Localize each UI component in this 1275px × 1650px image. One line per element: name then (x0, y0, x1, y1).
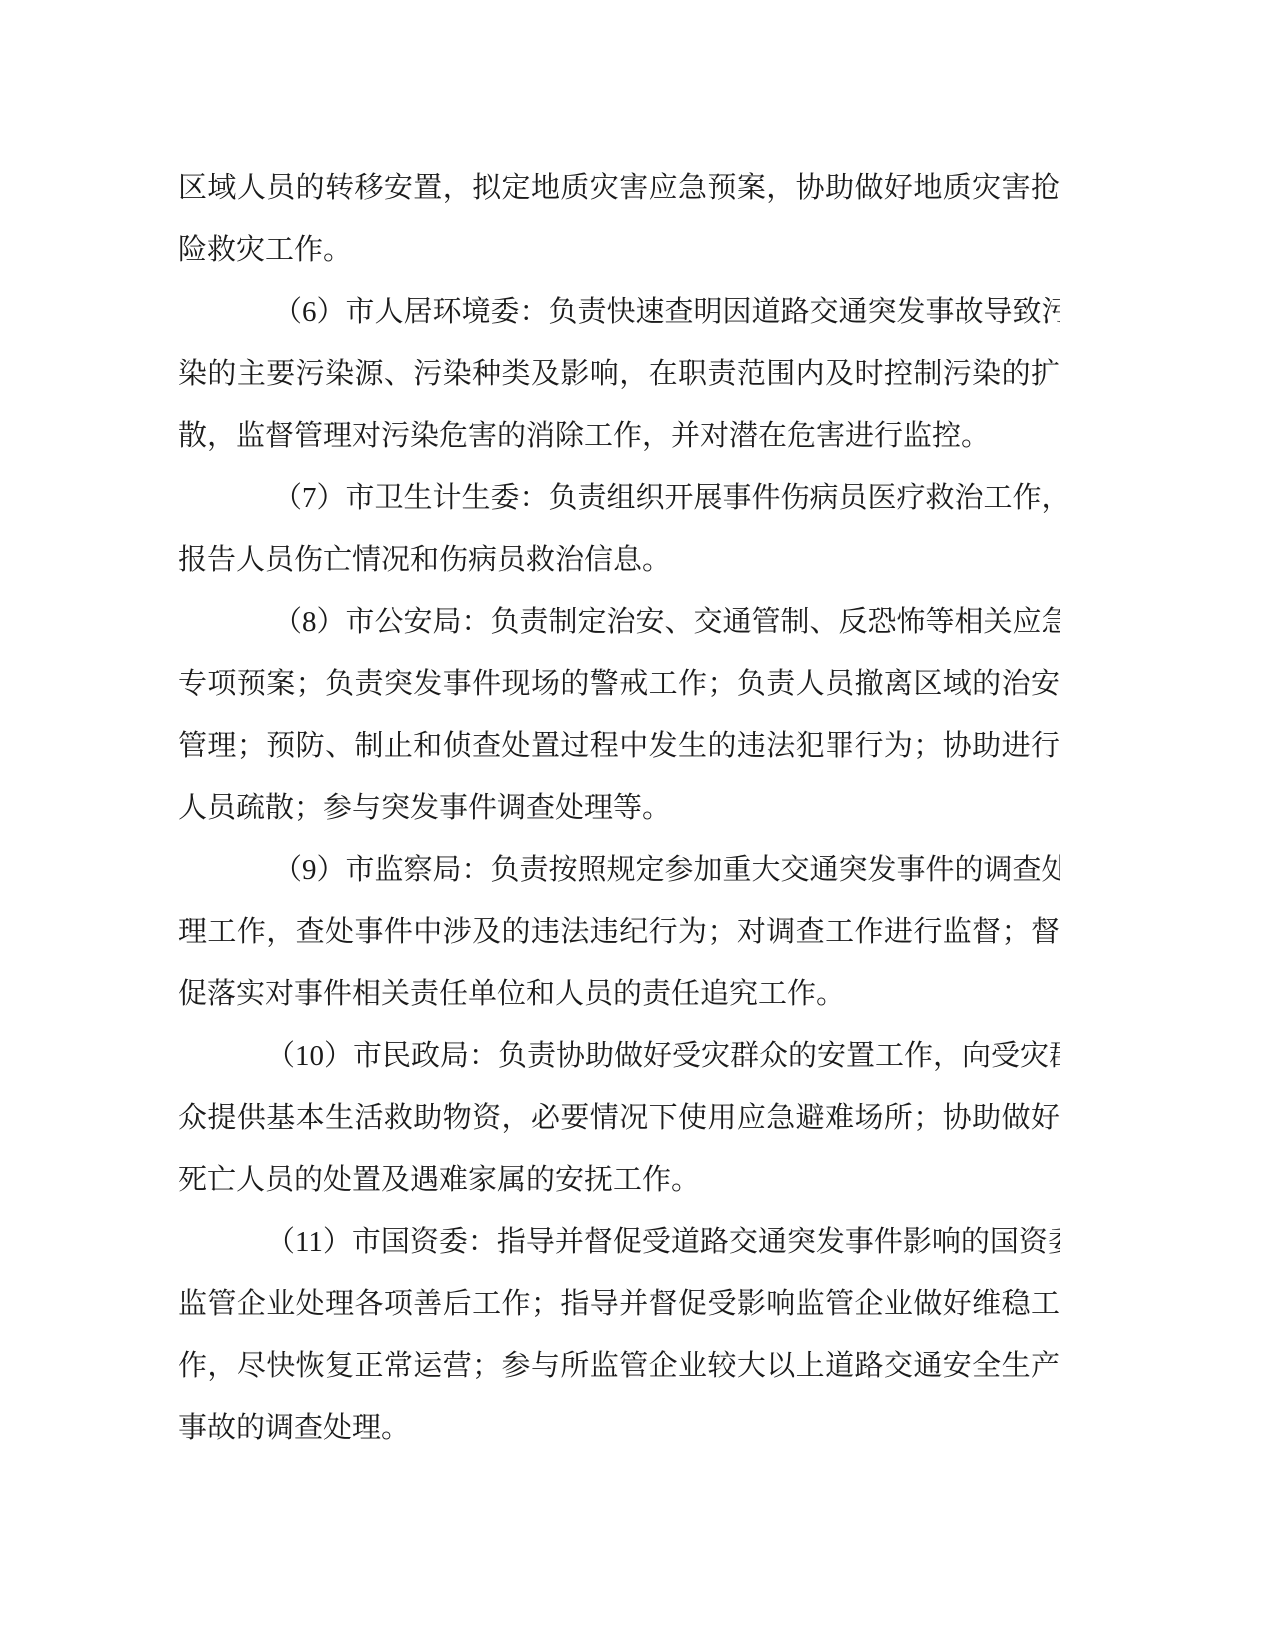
paragraph-item-8: （8）市公安局：负责制定治安、交通管制、反恐怖等相关应急 专项预案；负责突发事件… (178, 591, 1060, 839)
paragraph-continuation: 区域人员的转移安置，拟定地质灾害应急预案，协助做好地质灾害抢 险救灾工作。 (178, 157, 1060, 281)
text-line: （10）市民政局：负责协助做好受灾群众的安置工作，向受灾群 (178, 1025, 1060, 1087)
text-line: 理工作，查处事件中涉及的违法违纪行为；对调查工作进行监督；督 (178, 901, 1060, 963)
text-line: 区域人员的转移安置，拟定地质灾害应急预案，协助做好地质灾害抢 (178, 157, 1060, 219)
document-body: 区域人员的转移安置，拟定地质灾害应急预案，协助做好地质灾害抢 险救灾工作。 （6… (178, 157, 1060, 1459)
text-line: 人员疏散；参与突发事件调查处理等。 (178, 777, 1060, 839)
text-line: （8）市公安局：负责制定治安、交通管制、反恐怖等相关应急 (178, 591, 1060, 653)
paragraph-item-10: （10）市民政局：负责协助做好受灾群众的安置工作，向受灾群 众提供基本生活救助物… (178, 1025, 1060, 1211)
text-line: 事故的调查处理。 (178, 1397, 1060, 1459)
text-line: 专项预案；负责突发事件现场的警戒工作；负责人员撤离区域的治安 (178, 653, 1060, 715)
document-page: 区域人员的转移安置，拟定地质灾害应急预案，协助做好地质灾害抢 险救灾工作。 （6… (0, 0, 1275, 1650)
paragraph-item-7: （7）市卫生计生委：负责组织开展事件伤病员医疗救治工作， 报告人员伤亡情况和伤病… (178, 467, 1060, 591)
text-line: （11）市国资委：指导并督促受道路交通突发事件影响的国资委 (178, 1211, 1060, 1273)
text-line: 险救灾工作。 (178, 219, 1060, 281)
text-line: 作，尽快恢复正常运营；参与所监管企业较大以上道路交通安全生产 (178, 1335, 1060, 1397)
text-line: （6）市人居环境委：负责快速查明因道路交通突发事故导致污 (178, 281, 1060, 343)
text-line: 监管企业处理各项善后工作；指导并督促受影响监管企业做好维稳工 (178, 1273, 1060, 1335)
paragraph-item-9: （9）市监察局：负责按照规定参加重大交通突发事件的调查处 理工作，查处事件中涉及… (178, 839, 1060, 1025)
text-line: （7）市卫生计生委：负责组织开展事件伤病员医疗救治工作， (178, 467, 1060, 529)
paragraph-item-6: （6）市人居环境委：负责快速查明因道路交通突发事故导致污 染的主要污染源、污染种… (178, 281, 1060, 467)
text-line: （9）市监察局：负责按照规定参加重大交通突发事件的调查处 (178, 839, 1060, 901)
text-line: 众提供基本生活救助物资，必要情况下使用应急避难场所；协助做好 (178, 1087, 1060, 1149)
text-line: 管理；预防、制止和侦查处置过程中发生的违法犯罪行为；协助进行 (178, 715, 1060, 777)
text-line: 促落实对事件相关责任单位和人员的责任追究工作。 (178, 963, 1060, 1025)
paragraph-item-11: （11）市国资委：指导并督促受道路交通突发事件影响的国资委 监管企业处理各项善后… (178, 1211, 1060, 1459)
text-line: 死亡人员的处置及遇难家属的安抚工作。 (178, 1149, 1060, 1211)
text-line: 散，监督管理对污染危害的消除工作，并对潜在危害进行监控。 (178, 405, 1060, 467)
text-line: 报告人员伤亡情况和伤病员救治信息。 (178, 529, 1060, 591)
text-line: 染的主要污染源、污染种类及影响，在职责范围内及时控制污染的扩 (178, 343, 1060, 405)
